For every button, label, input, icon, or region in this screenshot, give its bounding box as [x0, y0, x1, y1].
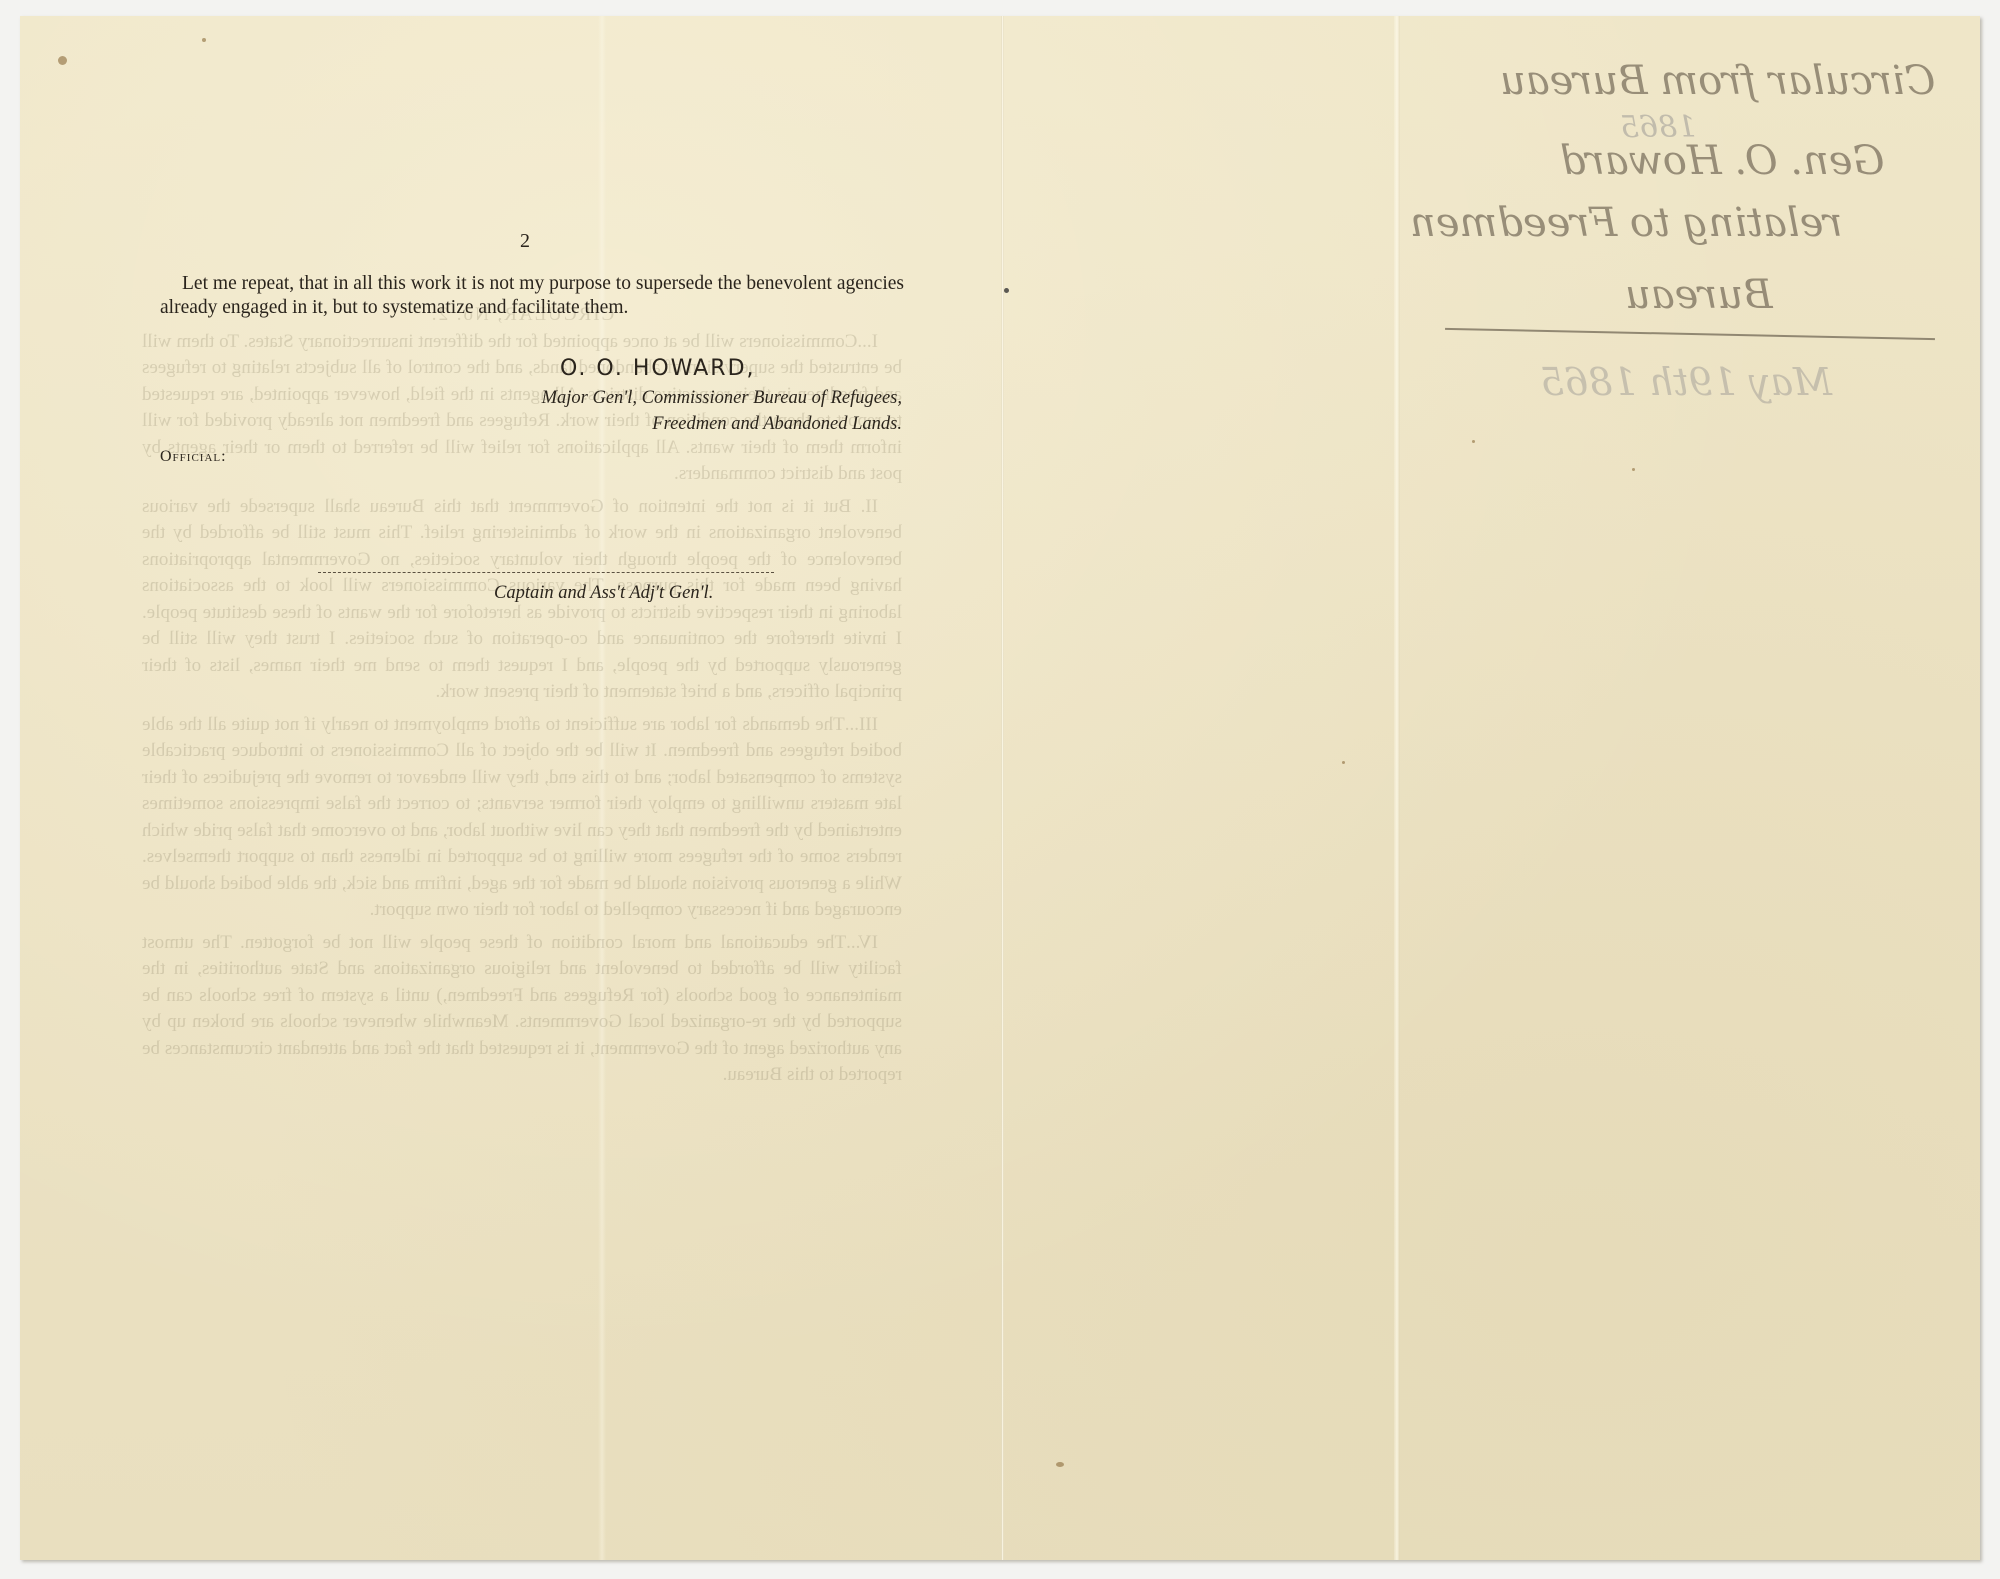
handwriting-line: relating to Freedmen — [1410, 200, 1842, 246]
handwriting-line: Gen. O. Howard — [1560, 138, 1884, 184]
center-fold — [1001, 16, 1004, 1560]
foxing-spot — [1472, 440, 1475, 443]
show-through-paragraph: IV...The educational and moral condition… — [142, 930, 902, 1089]
official-title: Captain and Ass't Adj't Gen'l. — [494, 583, 713, 604]
show-through-paragraph: III...The demands for labor are sufficie… — [142, 712, 902, 924]
foxing-spot — [58, 56, 67, 65]
signatory-title-line1: Major Gen'l, Commissioner Bureau of Refu… — [542, 388, 902, 409]
foxing-spot — [1632, 468, 1635, 471]
right-fold — [1394, 16, 1400, 1560]
page-number: 2 — [520, 230, 530, 253]
handwriting-line: Bureau — [1625, 272, 1773, 318]
handwriting-line: May 19th 1865 — [1540, 360, 1832, 404]
signatory-name: O. O. HOWARD, — [560, 356, 756, 381]
foxing-spot — [202, 38, 206, 42]
signature-dashed-line — [318, 572, 774, 573]
handwriting-line: Circular from Bureau — [1500, 58, 1935, 104]
signatory-title-line2: Freedmen and Abandoned Lands. — [652, 414, 902, 435]
body-paragraph: Let me repeat, that in all this work it … — [160, 272, 904, 319]
foxing-spot — [1056, 1462, 1064, 1467]
foxing-spot — [1004, 288, 1009, 293]
official-label: Official: — [160, 448, 227, 466]
foxing-spot — [1342, 761, 1345, 764]
